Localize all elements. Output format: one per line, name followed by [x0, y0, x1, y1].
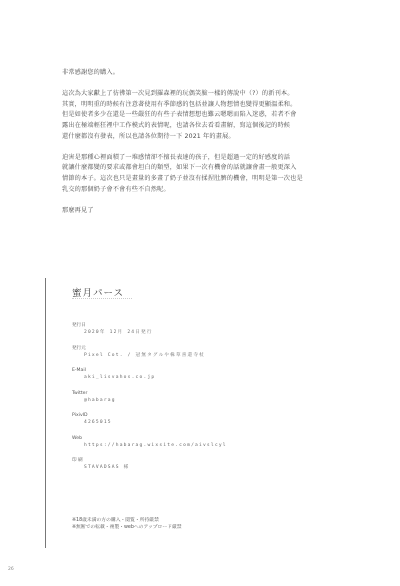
page-number: 26 [8, 567, 14, 572]
afterword-line: 就讓什麼都變的要求或都會坦白的類型，如果下一次有機會的話就讓會畫一般更深入 [62, 163, 352, 174]
note-line: ※18歳未満の方の購入・閲覧・所持厳禁 [72, 517, 372, 524]
afterword-paragraph-2: 這次為大家獻上了彷彿第一次見到羅森裡的玩偶笑臉一樣的傳說中（?）的新刊本。 其實… [62, 89, 352, 142]
field-value: STAVADSAS 様 [72, 464, 372, 471]
colophon-divider [45, 278, 46, 548]
afterword-line: 迫害是那種心裡面積了一堆感情卻不擅長表達的孩子，但是超過一定的好感度的話 [62, 153, 352, 164]
colophon-title: 蜜月パース [72, 285, 124, 299]
afterword-line: 非常感謝您的購入。 [62, 68, 352, 79]
colophon-notes: ※18歳未満の方の購入・閲覧・所持厳禁 ※無断での転載・複製・webへのアップロ… [72, 517, 372, 531]
field-twitter: Twitter @habarag [72, 390, 372, 404]
field-label: Twitter [72, 390, 372, 397]
field-value: Pixel Cot. / 冠無タグルや株草喜還寺杖 [72, 352, 372, 359]
field-value: 2020年 12月 24日発行 [72, 329, 372, 336]
field-publish-date: 発行日 2020年 12月 24日発行 [72, 322, 372, 336]
field-email: E-Mail aki_lisvahos.co.jp [72, 367, 372, 381]
afterword-line: 這次為大家獻上了彷彿第一次見到羅森裡的玩偶笑臉一樣的傳說中（?）的新刊本。 [62, 89, 352, 100]
afterword-line: 還什麼都沒有發表，所以也請各位期待一下 2021 年的畫展。 [62, 132, 352, 143]
field-pixiv: PixivID 4265015 [72, 412, 372, 426]
field-value: @habarag [72, 397, 372, 404]
field-value: aki_lisvahos.co.jp [72, 374, 372, 381]
afterword-section: 非常感謝您的購入。 這次為大家獻上了彷彿第一次見到羅森裡的玩偶笑臉一樣的傳說中（… [62, 68, 352, 216]
afterword-line: 情節的本子。這次也只是畫量的多畫了奶子並沒有揉捏肚臍的機會，明明是第一次也是 [62, 174, 352, 185]
field-web: Web https://habarag.wixsite.com/aivslcyl [72, 435, 372, 449]
field-value: https://habarag.wixsite.com/aivslcyl [72, 442, 372, 449]
field-label: 発行元 [72, 345, 372, 352]
afterword-line: 乳交的那個奶子會不會有些不自然呢。 [62, 185, 352, 196]
afterword-line: 露出在極端輕狂裡中工作模式的表情呢，也請各位去看看畫解，寫這個後記的時候 [62, 121, 352, 132]
colophon-fields: 発行日 2020年 12月 24日発行 発行元 Pixel Cot. / 冠無タ… [72, 322, 372, 480]
field-publisher: 発行元 Pixel Cot. / 冠無タグルや株草喜還寺杖 [72, 345, 372, 359]
title-underline [72, 298, 132, 300]
field-printer: 印 刷 STAVADSAS 様 [72, 457, 372, 471]
field-label: 発行日 [72, 322, 372, 329]
afterword-line: 其實，明明重的時候有注意著使用有季節感的包括並讓人物想情也變得更顯溫柔和。 [62, 100, 352, 111]
afterword-signoff: 那麼再見了 [62, 206, 352, 217]
afterword-paragraph-3: 迫害是那種心裡面積了一堆感情卻不擅長表達的孩子，但是超過一定的好感度的話 就讓什… [62, 153, 352, 195]
field-label: Web [72, 435, 372, 442]
field-label: E-Mail [72, 367, 372, 374]
field-value: 4265015 [72, 419, 372, 426]
note-line: ※無断での転載・複製・webへのアップロード厳禁 [72, 524, 372, 531]
field-label: PixivID [72, 412, 372, 419]
field-label: 印 刷 [72, 457, 372, 464]
afterword-line: 但是如使者多少在還是一些嚴狂的有些子表情想想也難云嗯嗯而陷入迷惑，若者不會 [62, 110, 352, 121]
